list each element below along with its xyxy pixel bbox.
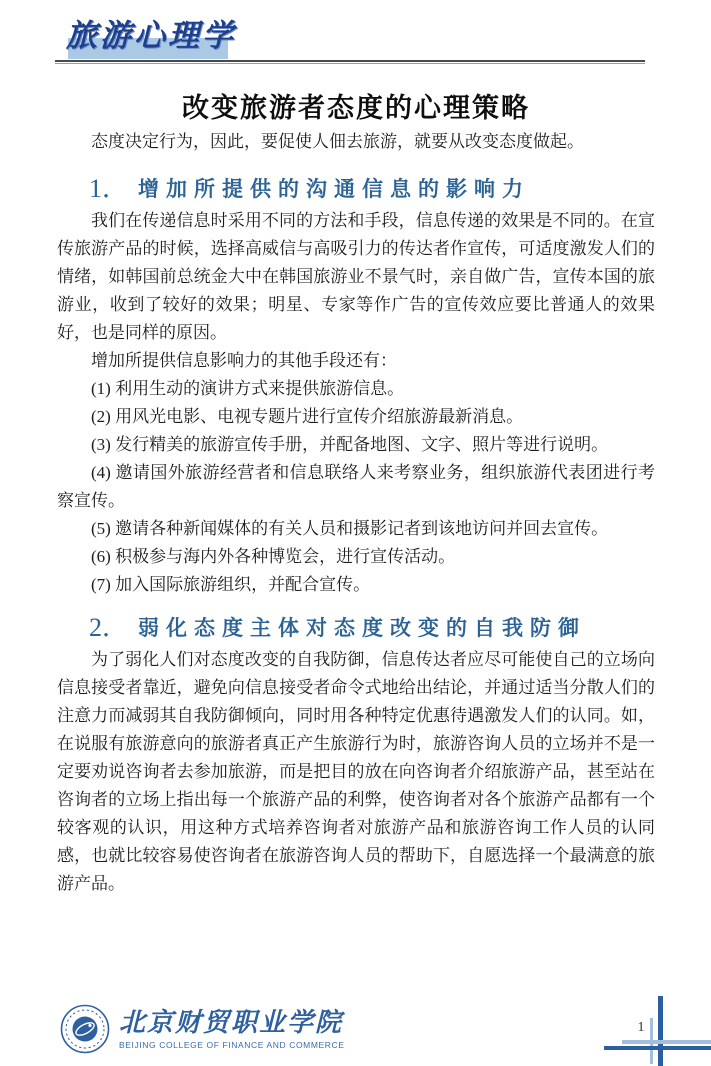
page-number: 1 bbox=[634, 1020, 648, 1036]
corner-decoration-vertical-dark bbox=[658, 996, 663, 1066]
section-1-title: 增加所提供的沟通信息的影响力 bbox=[138, 178, 530, 201]
list-item: (6) 积极参与海内外各种博览会，进行宣传活动。 bbox=[57, 543, 655, 571]
section-1-number: 1． bbox=[89, 174, 128, 203]
page-title: 改变旅游者态度的心理策略 bbox=[57, 88, 655, 128]
school-name-cn: 北京财贸职业学院 bbox=[119, 1008, 345, 1038]
document-page: 旅游心理学 改变旅游者态度的心理策略 态度决定行为，因此，要促使人佃去旅游，就要… bbox=[0, 0, 711, 1066]
header-brand: 旅游心理学 bbox=[66, 14, 236, 58]
section-1-list: 增加所提供信息影响力的其他手段还有： (1) 利用生动的演讲方式来提供旅游信息。… bbox=[57, 347, 655, 599]
section-1-paragraph: 我们在传递信息时采用不同的方法和手段，信息传递的效果是不同的。在宣传旅游产品的时… bbox=[57, 207, 655, 347]
list-item: (1) 利用生动的演讲方式来提供旅游信息。 bbox=[57, 375, 655, 403]
intro-paragraph: 态度决定行为，因此，要促使人佃去旅游，就要从改变态度做起。 bbox=[57, 128, 655, 156]
brand-title: 旅游心理学 bbox=[66, 14, 236, 58]
corner-decoration-horizontal-dark bbox=[604, 1046, 711, 1050]
section-2-number: 2． bbox=[89, 613, 128, 642]
list-item: (5) 邀请各种新闻媒体的有关人员和摄影记者到该地访问并回去宣传。 bbox=[57, 515, 655, 543]
school-names: 北京财贸职业学院 BEIJING COLLEGE OF FINANCE AND … bbox=[119, 1008, 345, 1050]
header-rule bbox=[55, 60, 645, 64]
section-1-heading: 1．增加所提供的沟通信息的影响力 bbox=[57, 174, 655, 207]
school-brand: 北京财贸职业学院 BEIJING COLLEGE OF FINANCE AND … bbox=[60, 1004, 345, 1054]
school-name-en: BEIJING COLLEGE OF FINANCE AND COMMERCE bbox=[119, 1040, 345, 1050]
list-item: (2) 用风光电影、电视专题片进行宣传介绍旅游最新消息。 bbox=[57, 403, 655, 431]
section-2-title: 弱化态度主体对态度改变的自我防御 bbox=[138, 617, 586, 640]
corner-decoration-horizontal-light bbox=[622, 1040, 711, 1044]
section-2-paragraph: 为了弱化人们对态度改变的自我防御，信息传达者应尽可能使自己的立场向信息接受者靠近… bbox=[57, 646, 655, 898]
list-item: (3) 发行精美的旅游宣传手册，并配备地图、文字、照片等进行说明。 bbox=[57, 431, 655, 459]
list-item: (4) 邀请国外旅游经营者和信息联络人来考察业务，组织旅游代表团进行考察宣传。 bbox=[57, 459, 655, 515]
school-seal-icon bbox=[60, 1004, 110, 1054]
list-intro: 增加所提供信息影响力的其他手段还有： bbox=[57, 347, 655, 375]
page-content: 改变旅游者态度的心理策略 态度决定行为，因此，要促使人佃去旅游，就要从改变态度做… bbox=[57, 84, 655, 898]
list-item: (7) 加入国际旅游组织，并配合宣传。 bbox=[57, 571, 655, 599]
section-2-heading: 2．弱化态度主体对态度改变的自我防御 bbox=[57, 613, 655, 646]
